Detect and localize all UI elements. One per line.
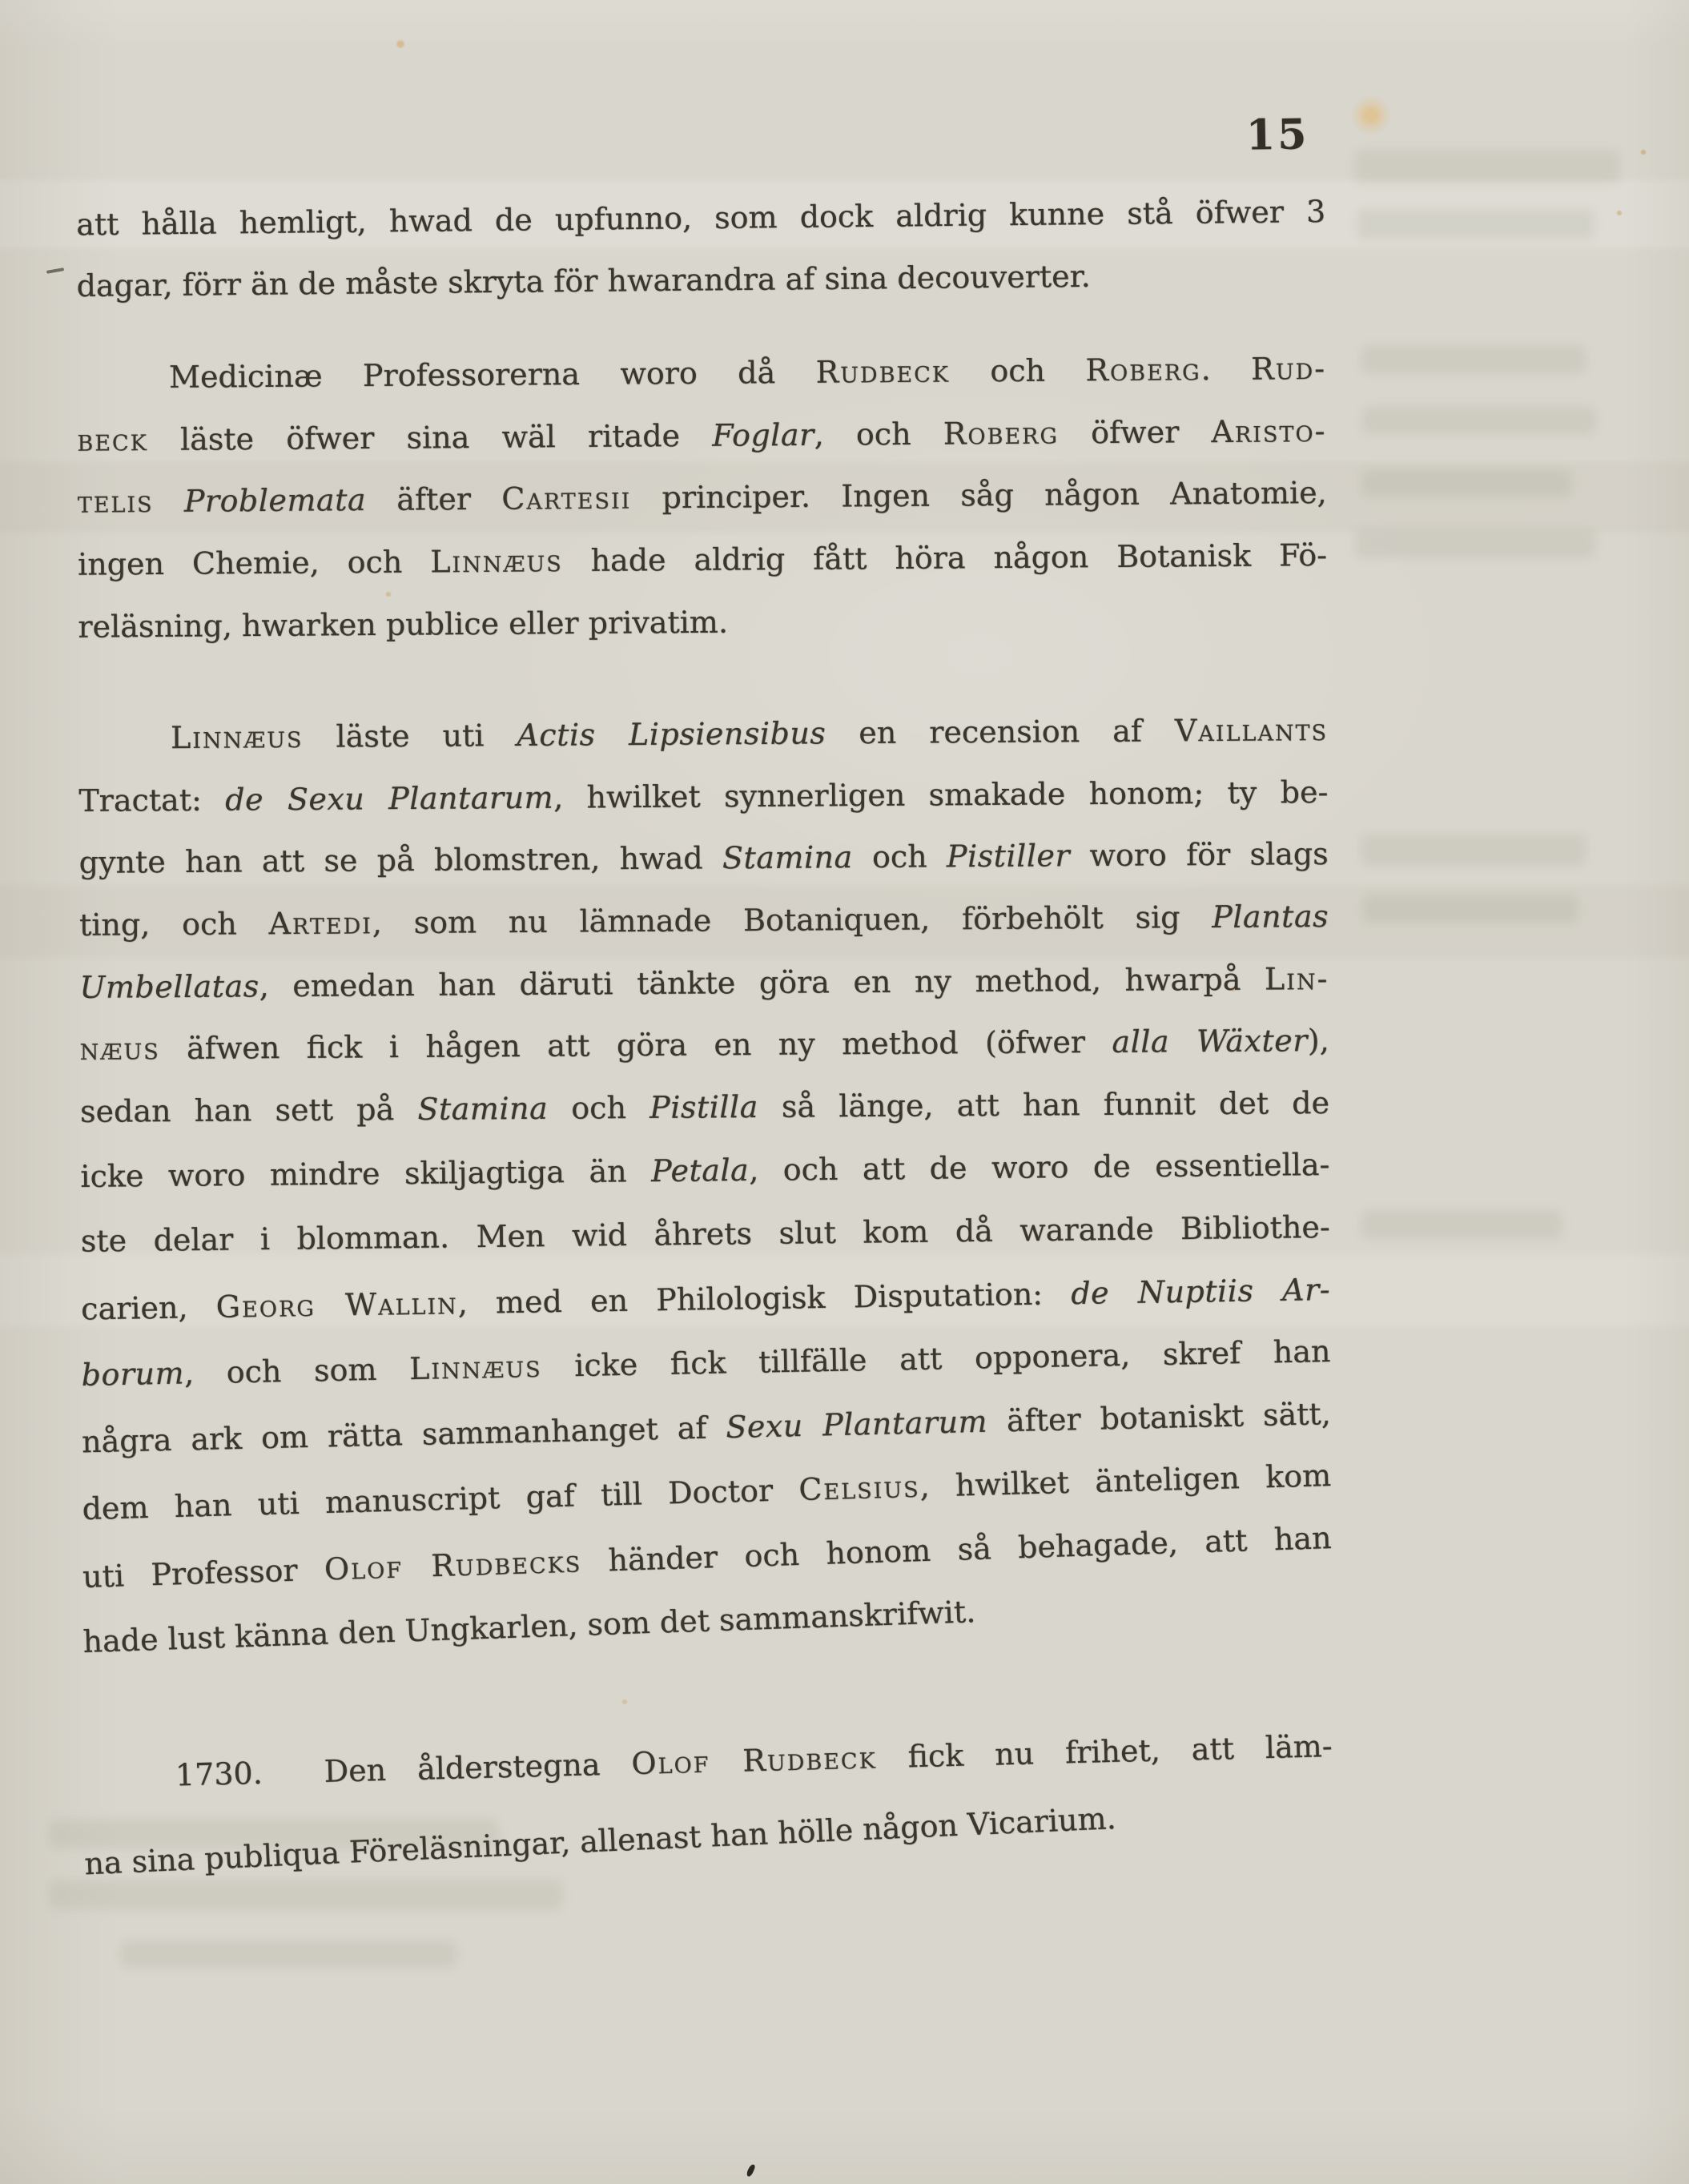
small-caps-name: Cartesii bbox=[501, 481, 631, 517]
bleed-through-mark bbox=[1355, 151, 1619, 183]
ink-stray-mark bbox=[46, 267, 64, 274]
italic-term: Umbellatas bbox=[79, 968, 259, 1005]
text-run: icke woro mindre skiljagtiga än bbox=[80, 1153, 651, 1194]
text-run: några ark om rätta sammanhanget af bbox=[82, 1410, 726, 1459]
page-text: att hålla hemligt, hwad de upfunno, som … bbox=[76, 181, 1333, 1845]
bleed-through-mark bbox=[1361, 469, 1571, 497]
text-run: , emedan han däruti tänkte göra en ny me… bbox=[259, 961, 1265, 1004]
bleed-through-mark bbox=[1361, 835, 1586, 865]
small-caps-name: telis bbox=[78, 484, 154, 520]
text-run: en recension af bbox=[826, 713, 1175, 750]
text-run: dagar, förr än de måste skryta för hwara… bbox=[76, 258, 1091, 303]
text-line: icke woro mindre skiljagtiga än Petala, … bbox=[80, 1134, 1330, 1209]
paragraph: Linnæus läste uti Actis Lipsiensibus en … bbox=[78, 699, 1332, 1637]
small-caps-name: Linnæus bbox=[171, 719, 304, 755]
text-run: . bbox=[1200, 352, 1251, 387]
italic-term: de Nuptiis Ar- bbox=[1071, 1271, 1330, 1310]
paragraph: Medicinæ Professorerna woro då Rudbeck o… bbox=[77, 338, 1328, 654]
text-line: Medicinæ Professorerna woro då Rudbeck o… bbox=[77, 338, 1327, 409]
bleed-through-mark bbox=[1355, 530, 1595, 557]
italic-term: Problemata bbox=[184, 482, 367, 519]
small-caps-name: Lin- bbox=[1265, 961, 1329, 997]
text-line: beck läste öfwer sina wäl ritade Foglar,… bbox=[77, 400, 1327, 472]
text-run: principer. Ingen såg någon Anatomie, bbox=[631, 475, 1327, 516]
text-run: och bbox=[548, 1090, 649, 1126]
paragraph: 1730. Den ålderstegna Olof Rudbeck fick … bbox=[82, 1715, 1333, 1845]
text-run: ), bbox=[1308, 1023, 1329, 1058]
italic-term: Stamina bbox=[417, 1091, 548, 1127]
text-run: läste öfwer sina wäl ritade bbox=[148, 418, 713, 457]
small-caps-name: Vaillants bbox=[1175, 712, 1328, 748]
paragraph: att hålla hemligt, hwad de upfunno, som … bbox=[76, 181, 1326, 311]
text-line: sedan han sett på Stamina och Pistilla s… bbox=[80, 1072, 1330, 1143]
text-run: öfwer bbox=[1059, 414, 1212, 450]
text-line: næus äfwen fick i hågen att göra en ny m… bbox=[79, 1010, 1329, 1080]
text-line: gynte han att se på blomstren, hwad Stam… bbox=[78, 823, 1329, 894]
italic-term: Actis Lipsiensibus bbox=[517, 716, 826, 754]
small-caps-name: Artedi bbox=[268, 905, 372, 941]
small-caps-name: Linnæus bbox=[430, 543, 563, 579]
italic-term: Foglar bbox=[712, 417, 814, 453]
italic-term: Plantas bbox=[1212, 899, 1329, 935]
bleed-through-mark bbox=[1363, 895, 1578, 923]
text-run bbox=[153, 484, 184, 519]
italic-term: Sexu Plantarum bbox=[726, 1403, 988, 1444]
text-run: sedan han sett på bbox=[80, 1092, 418, 1129]
page-number: 15 bbox=[1245, 110, 1309, 159]
small-caps-name: beck bbox=[77, 422, 148, 458]
text-run: , och att de woro de essentiella- bbox=[749, 1147, 1330, 1188]
small-caps-name: Georg Wallin bbox=[215, 1285, 458, 1325]
italic-term: borum bbox=[81, 1356, 184, 1393]
bleed-through-mark bbox=[1361, 1211, 1562, 1238]
text-run: och bbox=[853, 839, 947, 875]
text-line: telis Problemata äfter Cartesii principe… bbox=[77, 462, 1327, 533]
text-run: dem han uti manuscript gaf till Doctor bbox=[82, 1472, 799, 1526]
bleed-through-mark bbox=[1357, 210, 1594, 239]
text-run: ting, och bbox=[79, 906, 269, 943]
text-run: icke fick tillfälle att opponera, skref … bbox=[541, 1333, 1331, 1384]
text-run: läste uti bbox=[303, 718, 517, 754]
text-run: 1730. Den ålderstegna bbox=[175, 1746, 632, 1792]
bleed-through-mark bbox=[1361, 346, 1586, 373]
text-run: fick nu frihet, att läm- bbox=[876, 1728, 1333, 1775]
text-run: , hwilket synnerligen smakade honom; ty … bbox=[553, 774, 1329, 815]
ink-speck bbox=[746, 2163, 756, 2177]
text-run: äfwen fick i hågen att göra en ny method… bbox=[159, 1024, 1112, 1066]
text-line: Linnæus läste uti Actis Lipsiensibus en … bbox=[78, 699, 1329, 770]
text-line: Umbellatas, emedan han däruti tänkte gör… bbox=[79, 948, 1329, 1019]
text-run: carien, bbox=[81, 1289, 216, 1326]
text-run: , och bbox=[814, 416, 943, 452]
italic-term: de Sexu Plantarum bbox=[225, 779, 553, 817]
text-run: händer och honom så behagade, att han bbox=[581, 1520, 1332, 1579]
text-line: dagar, förr än de måste skryta för hwara… bbox=[76, 243, 1326, 318]
book-page-scan: 15 att hålla hemligt, hwad de upfunno, s… bbox=[0, 0, 1689, 2184]
text-run: äfter botaniskt sätt, bbox=[987, 1396, 1332, 1439]
text-run: så länge, att han funnit det de bbox=[758, 1085, 1330, 1124]
text-line: ting, och Artedi, som nu lämnade Botaniq… bbox=[79, 886, 1329, 956]
text-run: och bbox=[950, 352, 1086, 388]
small-caps-name: Linnæus bbox=[409, 1349, 542, 1386]
text-run: Medicinæ Professorerna woro då bbox=[169, 355, 816, 395]
text-run: reläsning, hwarken publice eller privati… bbox=[78, 604, 728, 644]
italic-term: Pistiller bbox=[947, 839, 1070, 875]
small-caps-name: Celsius bbox=[798, 1469, 920, 1507]
small-caps-name: Olof Rudbeck bbox=[631, 1740, 877, 1781]
small-caps-name: Roberg bbox=[1085, 352, 1201, 388]
text-run: woro för slags bbox=[1070, 836, 1329, 873]
small-caps-name: næus bbox=[80, 1031, 160, 1067]
text-run: att hålla hemligt, hwad de upfunno, som … bbox=[76, 194, 1325, 242]
text-run: na sina publiqua Föreläsningar, allenast… bbox=[83, 1800, 1116, 1881]
italic-term: Pistilla bbox=[649, 1089, 758, 1125]
text-run: gynte han att se på blomstren, hwad bbox=[79, 841, 723, 881]
text-run: hade aldrig fått höra någon Botanisk Fö- bbox=[562, 537, 1327, 578]
italic-term: Petala bbox=[651, 1152, 750, 1189]
small-caps-name: Aristo- bbox=[1211, 413, 1326, 449]
text-run: ste delar i blomman. Men wid åhrets slut… bbox=[81, 1209, 1330, 1259]
text-run: , med en Philologisk Disputation: bbox=[457, 1276, 1071, 1321]
text-run: uti Professor bbox=[82, 1551, 324, 1594]
small-caps-name: Rud- bbox=[1251, 351, 1326, 387]
text-run: äfter bbox=[366, 481, 502, 517]
text-line: Tractat: de Sexu Plantarum, hwilket synn… bbox=[78, 762, 1329, 832]
text-run: Tractat: bbox=[78, 782, 225, 818]
small-caps-name: Rudbeck bbox=[815, 354, 950, 390]
italic-term: alla Wäxter bbox=[1112, 1023, 1308, 1060]
bleed-through-mark bbox=[120, 1941, 456, 1967]
text-run: ingen Chemie, och bbox=[78, 544, 430, 581]
text-line: ingen Chemie, och Linnæus hade aldrig få… bbox=[78, 525, 1328, 596]
text-run: , och som bbox=[184, 1351, 410, 1390]
small-caps-name: Olof Rudbecks bbox=[324, 1543, 582, 1587]
text-run: , hwilket änteligen kom bbox=[919, 1458, 1332, 1504]
small-caps-name: Roberg bbox=[943, 415, 1060, 451]
text-run: , som nu lämnade Botaniquen, förbehölt s… bbox=[372, 899, 1212, 940]
text-line: reläsning, hwarken publice eller privati… bbox=[78, 587, 1328, 658]
italic-term: Stamina bbox=[722, 839, 853, 875]
bleed-through-mark bbox=[1363, 407, 1595, 434]
